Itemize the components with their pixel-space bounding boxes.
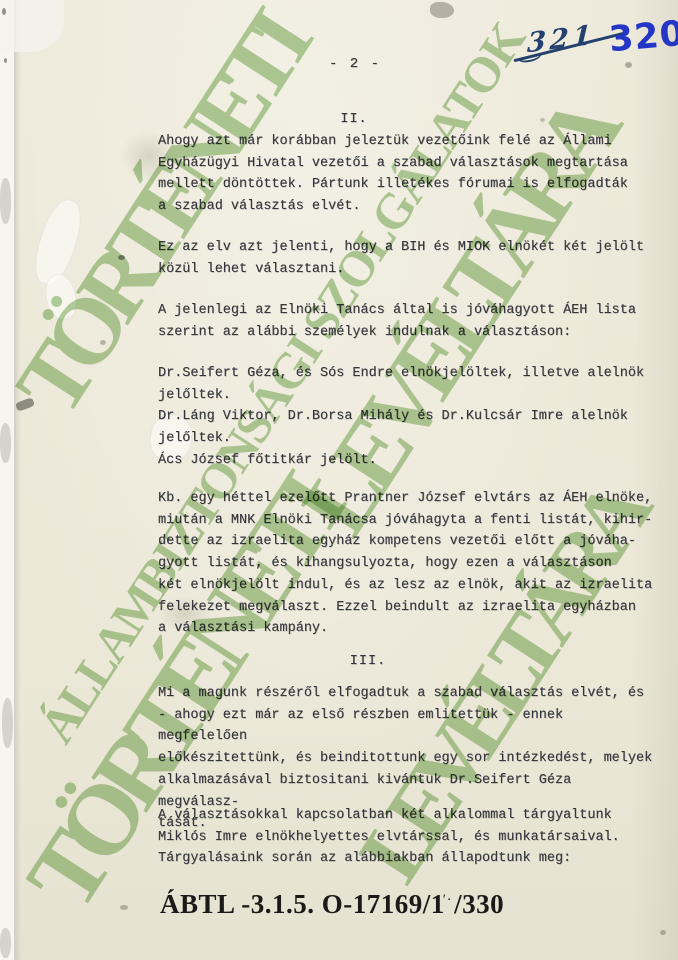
body-paragraph: Dr.Seifert Géza, és Sós Endre elnökjelöl… [158, 363, 658, 472]
body-paragraph: Kb. egy héttel ezelőtt Prantner József e… [158, 488, 658, 640]
body-paragraph: A jelenlegi az Elnöki Tanács által is jó… [158, 300, 658, 343]
section-heading: II. [158, 109, 550, 131]
document-body: II.Ahogy azt már korábban jeleztük vezet… [0, 0, 678, 960]
scanned-document-page: - 2 - II.Ahogy azt már korábban jeleztük… [0, 0, 678, 960]
handwritten-corner-page-number: 320 [607, 14, 678, 60]
stamp-page-suffix: /330 [454, 889, 504, 919]
body-paragraph: Ez az elv azt jelenti, hogy a BIH és MIO… [158, 237, 658, 280]
stamp-reference: ÁBTL -3.1.5. O-17169/1 [160, 889, 445, 919]
body-paragraph: Ahogy azt már korábban jeleztük vezetőin… [158, 131, 658, 218]
body-paragraph: A választásokkal kapcsolatban két alkalo… [158, 805, 658, 870]
stamp-handwritten-mark: ʹ· [443, 892, 452, 908]
archive-reference-stamp: ÁBTL -3.1.5. O-17169/1ʹ·/330 [160, 889, 504, 920]
section-heading: III. [158, 651, 578, 673]
